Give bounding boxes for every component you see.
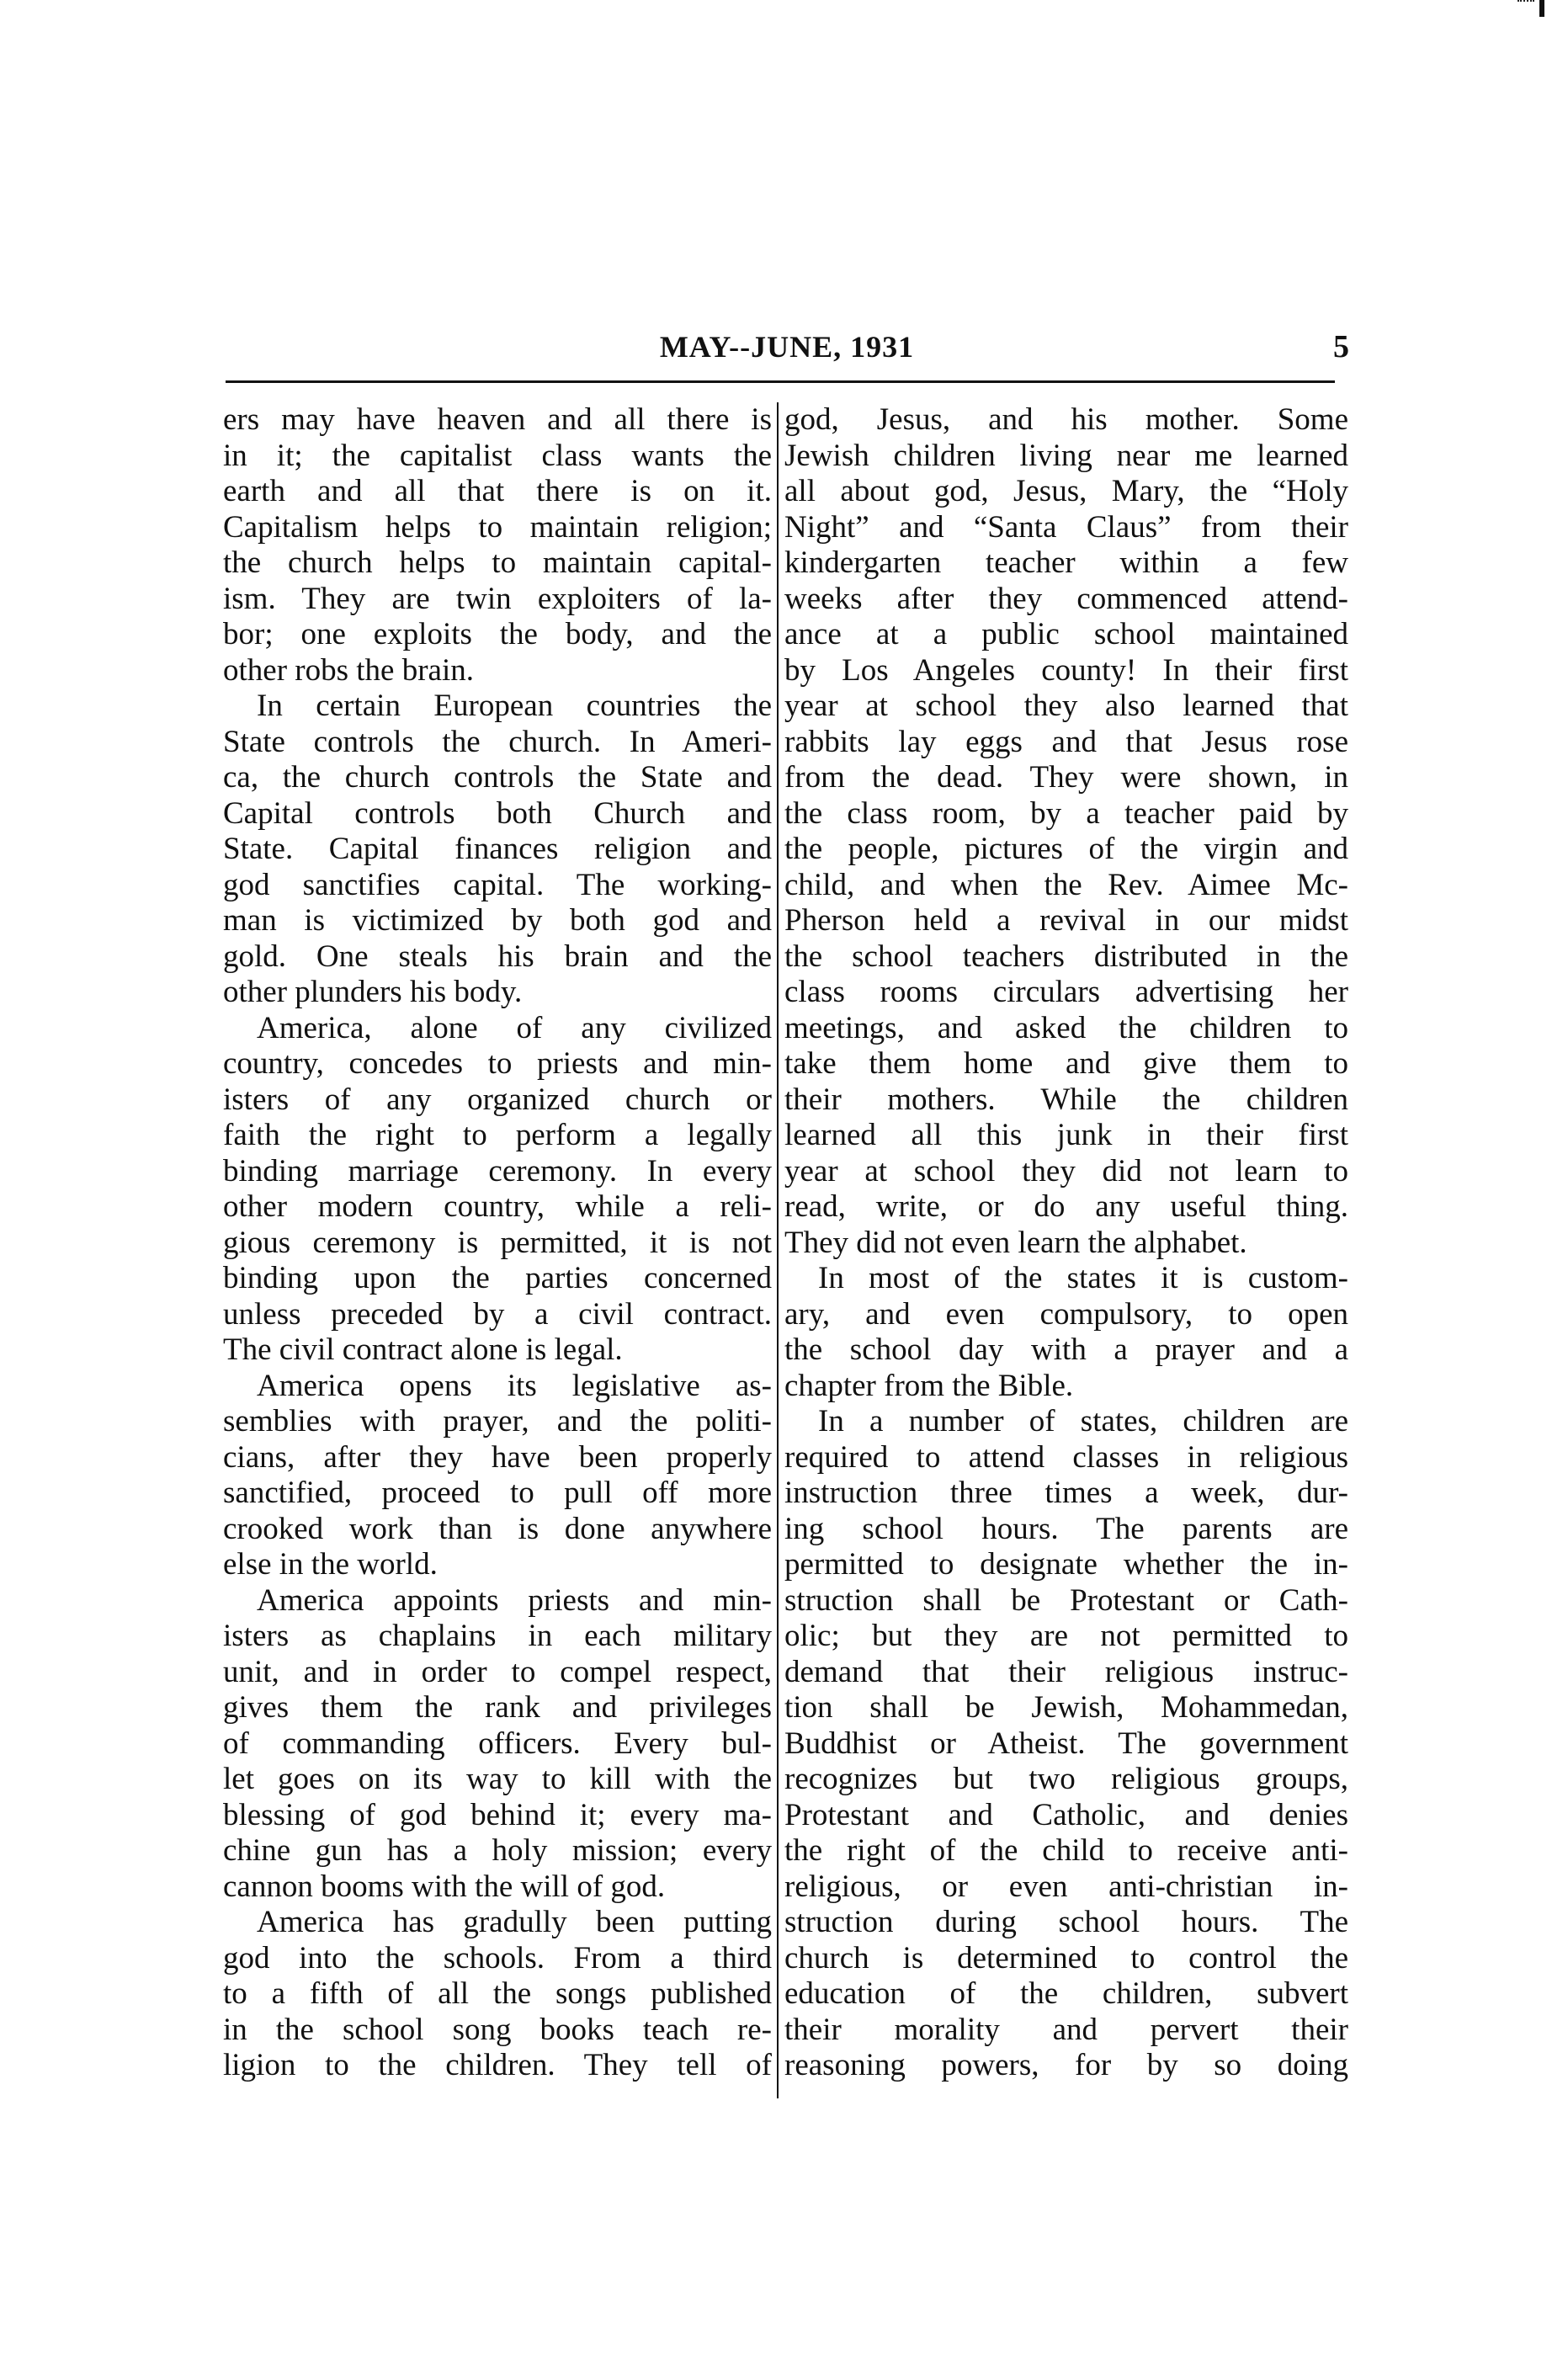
running-title: MAY--JUNE, 1931 xyxy=(223,327,1351,367)
text-line: cians, after they have been properly xyxy=(223,1440,772,1476)
text-line: gious ceremony is permitted, it is not xyxy=(223,1226,772,1262)
text-line: America, alone of any civilized xyxy=(223,1011,772,1047)
text-line: bor; one exploits the body, and the xyxy=(223,617,772,653)
text-line: recognizes but two religious groups, xyxy=(784,1762,1348,1798)
text-line: America appoints priests and min- xyxy=(223,1583,772,1619)
text-line: Pherson held a revival in our midst xyxy=(784,903,1348,939)
text-line: permitted to designate whether the in- xyxy=(784,1547,1348,1583)
text-line: chine gun has a holy mission; every xyxy=(223,1833,772,1869)
text-line: Night” and “Santa Claus” from their xyxy=(784,510,1348,546)
text-line: man is victimized by both god and xyxy=(223,903,772,939)
text-line: gives them the rank and privileges xyxy=(223,1690,772,1726)
text-line: gold. One steals his brain and the xyxy=(223,939,772,976)
text-line: religious, or even anti-christian in- xyxy=(784,1869,1348,1906)
text-line: isters of any organized church or xyxy=(223,1082,772,1119)
paragraph: America has gradully been puttinggod int… xyxy=(223,1905,772,2084)
text-line: let goes on its way to kill with the xyxy=(223,1762,772,1798)
text-line: god sanctifies capital. The working- xyxy=(223,868,772,904)
text-line: other modern country, while a reli- xyxy=(223,1189,772,1226)
column-divider xyxy=(777,402,779,2098)
text-line: chapter from the Bible. xyxy=(784,1369,1348,1405)
text-line: The civil contract alone is legal. xyxy=(223,1332,772,1369)
text-line: learned all this junk in their first xyxy=(784,1118,1348,1154)
text-line: else in the world. xyxy=(223,1547,772,1583)
text-line: binding marriage ceremony. In every xyxy=(223,1154,772,1190)
text-line: struction shall be Protestant or Cath- xyxy=(784,1583,1348,1619)
text-line: Jewish children living near me learned xyxy=(784,439,1348,475)
text-line: the right of the child to receive anti- xyxy=(784,1833,1348,1869)
paragraph: America opens its legislative as-semblie… xyxy=(223,1369,772,1583)
text-line: America has gradully been putting xyxy=(223,1905,772,1941)
text-line: Capital controls both Church and xyxy=(223,796,772,832)
text-line: required to attend classes in religious xyxy=(784,1440,1348,1476)
text-line: church is determined to control the xyxy=(784,1941,1348,1977)
text-line: State controls the church. In Ameri- xyxy=(223,725,772,761)
text-line: year at school they did not learn to xyxy=(784,1154,1348,1190)
text-line: sanctified, proceed to pull off more xyxy=(223,1476,772,1512)
text-line: rabbits lay eggs and that Jesus rose xyxy=(784,725,1348,761)
text-line: Capitalism helps to maintain religion; xyxy=(223,510,772,546)
text-line: weeks after they commenced attend- xyxy=(784,582,1348,618)
text-line: ance at a public school maintained xyxy=(784,617,1348,653)
text-line: reasoning powers, for by so doing xyxy=(784,2048,1348,2084)
text-line: ers may have heaven and all there is xyxy=(223,402,772,439)
text-line: instruction three times a week, dur- xyxy=(784,1476,1348,1512)
text-line: god, Jesus, and his mother. Some xyxy=(784,402,1348,439)
text-line: demand that their religious instruc- xyxy=(784,1655,1348,1691)
text-line: meetings, and asked the children to xyxy=(784,1011,1348,1047)
text-line: tion shall be Jewish, Mohammedan, xyxy=(784,1690,1348,1726)
text-line: in it; the capitalist class wants the xyxy=(223,439,772,475)
text-line: read, write, or do any useful thing. xyxy=(784,1189,1348,1226)
text-line: other robs the brain. xyxy=(223,653,772,689)
text-line: unit, and in order to compel respect, xyxy=(223,1655,772,1691)
text-line: their morality and pervert their xyxy=(784,2013,1348,2049)
text-line: ligion to the children. They tell of xyxy=(223,2048,772,2084)
text-line: the people, pictures of the virgin and xyxy=(784,832,1348,868)
text-line: In most of the states it is custom- xyxy=(784,1261,1348,1297)
scan-artifact-mark xyxy=(1539,0,1544,17)
text-line: ism. They are twin exploiters of la- xyxy=(223,582,772,618)
running-head: MAY--JUNE, 1931 5 xyxy=(223,327,1351,367)
text-line: binding upon the parties concerned xyxy=(223,1261,772,1297)
text-line: child, and when the Rev. Aimee Mc- xyxy=(784,868,1348,904)
page-number: 5 xyxy=(1333,327,1349,367)
text-line: isters as chaplains in each military xyxy=(223,1619,772,1655)
text-line: their mothers. While the children xyxy=(784,1082,1348,1119)
paragraph: America, alone of any civilizedcountry, … xyxy=(223,1011,772,1369)
text-line: in the school song books teach re- xyxy=(223,2013,772,2049)
header-rule xyxy=(226,380,1335,383)
text-line: to a fifth of all the songs published xyxy=(223,1976,772,2013)
text-line: faith the right to perform a legally xyxy=(223,1118,772,1154)
text-line: of commanding officers. Every bul- xyxy=(223,1726,772,1763)
scan-artifact-specks xyxy=(1518,0,1534,7)
text-line: all about god, Jesus, Mary, the “Holy xyxy=(784,474,1348,510)
text-line: the class room, by a teacher paid by xyxy=(784,796,1348,832)
left-column: ers may have heaven and all there isin i… xyxy=(223,402,772,2084)
paragraph: America appoints priests and min-isters … xyxy=(223,1583,772,1906)
text-line: America opens its legislative as- xyxy=(223,1369,772,1405)
text-line: the school teachers distributed in the xyxy=(784,939,1348,976)
text-line: In certain European countries the xyxy=(223,689,772,725)
text-line: year at school they also learned that xyxy=(784,689,1348,725)
text-line: kindergarten teacher within a few xyxy=(784,545,1348,582)
text-line: struction during school hours. The xyxy=(784,1905,1348,1941)
text-line: ing school hours. The parents are xyxy=(784,1512,1348,1548)
text-line: ca, the church controls the State and xyxy=(223,760,772,796)
right-column: god, Jesus, and his mother. SomeJewish c… xyxy=(784,402,1348,2084)
text-line: Buddhist or Atheist. The government xyxy=(784,1726,1348,1763)
text-line: take them home and give them to xyxy=(784,1046,1348,1082)
text-line: State. Capital finances religion and xyxy=(223,832,772,868)
paragraph: In certain European countries theState c… xyxy=(223,689,772,1011)
text-line: unless preceded by a civil contract. xyxy=(223,1297,772,1333)
text-line: from the dead. They were shown, in xyxy=(784,760,1348,796)
text-line: In a number of states, children are xyxy=(784,1404,1348,1440)
text-line: semblies with prayer, and the politi- xyxy=(223,1404,772,1440)
paragraph: In a number of states, children arerequi… xyxy=(784,1404,1348,2084)
text-line: god into the schools. From a third xyxy=(223,1941,772,1977)
text-line: cannon booms with the will of god. xyxy=(223,1869,772,1906)
paragraph: god, Jesus, and his mother. SomeJewish c… xyxy=(784,402,1348,1261)
text-line: ary, and even compulsory, to open xyxy=(784,1297,1348,1333)
text-line: blessing of god behind it; every ma- xyxy=(223,1798,772,1834)
text-line: other plunders his body. xyxy=(223,975,772,1011)
text-line: olic; but they are not permitted to xyxy=(784,1619,1348,1655)
text-line: crooked work than is done anywhere xyxy=(223,1512,772,1548)
text-line: Protestant and Catholic, and denies xyxy=(784,1798,1348,1834)
text-line: the school day with a prayer and a xyxy=(784,1332,1348,1369)
paragraph: In most of the states it is custom-ary, … xyxy=(784,1261,1348,1404)
text-line: by Los Angeles county! In their first xyxy=(784,653,1348,689)
text-line: class rooms circulars advertising her xyxy=(784,975,1348,1011)
text-line: country, concedes to priests and min- xyxy=(223,1046,772,1082)
text-line: They did not even learn the alphabet. xyxy=(784,1226,1348,1262)
paragraph: ers may have heaven and all there isin i… xyxy=(223,402,772,689)
text-line: earth and all that there is on it. xyxy=(223,474,772,510)
text-line: the church helps to maintain capital- xyxy=(223,545,772,582)
text-line: education of the children, subvert xyxy=(784,1976,1348,2013)
